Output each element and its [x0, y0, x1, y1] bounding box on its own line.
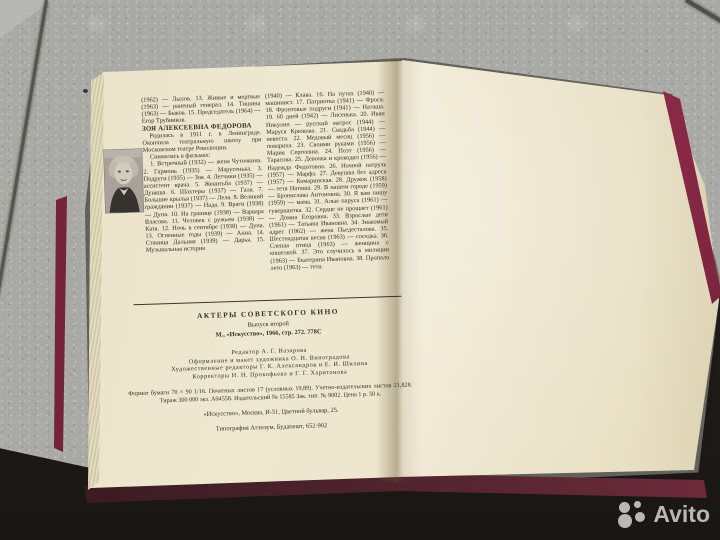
- portrait-illustration: [104, 149, 144, 213]
- filmography-list-part1: 1. Встречный (1932) — жена Чуточкина. 2.…: [143, 157, 265, 254]
- avito-watermark: Avito: [618, 501, 710, 528]
- previous-article-ending: (1962) — Лылов. 13. Живые и мертвые (196…: [141, 93, 261, 125]
- section-divider-rule: [134, 296, 402, 305]
- publisher-address: «Искусство», Москва, И-51, Цветной бульв…: [129, 405, 413, 421]
- photo-of-open-book: (1962) — Лылов. 13. Живые и мертвые (196…: [0, 0, 720, 540]
- printed-page-content: (1962) — Лылов. 13. Живые и мертвые (196…: [104, 55, 417, 490]
- print-format-details: Формат бумаги 70 × 90 1/16. Печатных лис…: [128, 382, 412, 406]
- text-column-2: (1940) — Клава. 16. На путях (1940) — ма…: [265, 89, 390, 272]
- filmography-list-part2: (1940) — Клава. 16. На путях (1940) — ма…: [265, 89, 390, 272]
- watermark-brand-text: Avito: [653, 501, 710, 528]
- printing-house-line: Типография Атэнэум, Будапешт, 652-902: [129, 420, 413, 436]
- actress-portrait-photo: [104, 149, 144, 213]
- text-column-1: (1962) — Лылов. 13. Живые и мертвые (196…: [141, 93, 265, 254]
- colophon-block: АКТЕРЫ СОВЕТСКОГО КИНО Выпуск второй М.,…: [126, 305, 414, 436]
- floor-speck: [83, 89, 88, 93]
- avito-logo-icon: [618, 501, 648, 528]
